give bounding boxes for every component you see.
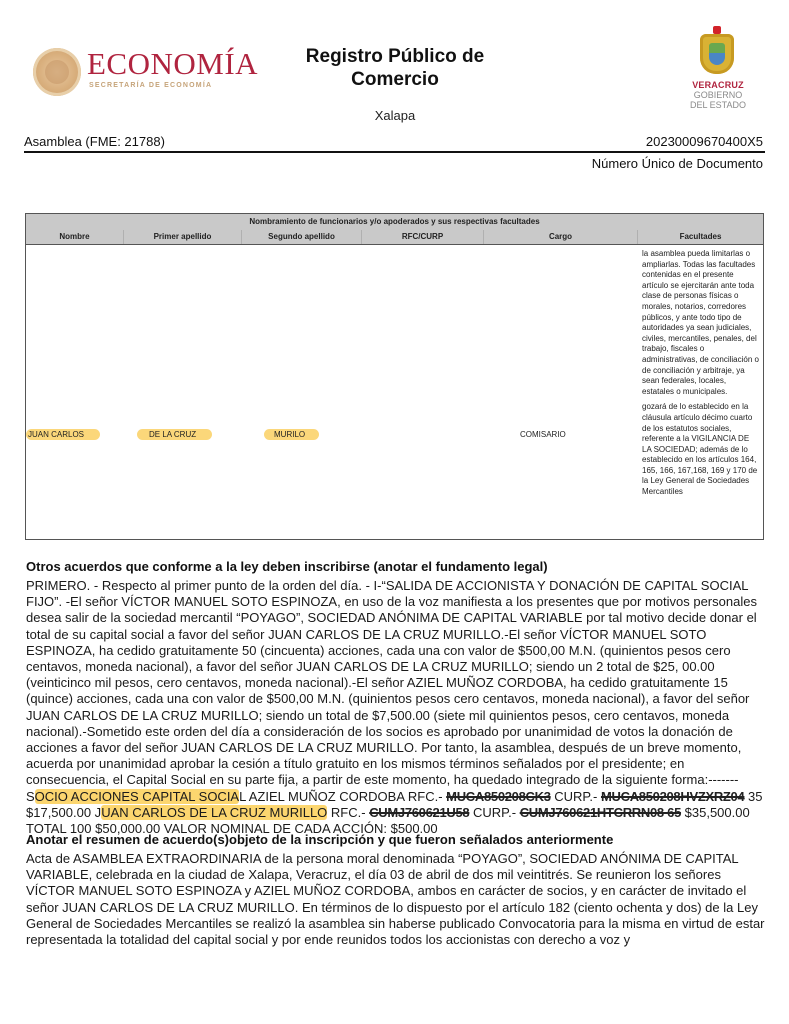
cell-primer-apellido: DE LA CRUZ (137, 429, 212, 440)
resumen-text: Acta de ASAMBLEA EXTRAORDINARIA de la pe… (26, 851, 766, 948)
veracruz-gob-line1: GOBIERNO (690, 90, 746, 100)
document-number: 20230009670400X5 (646, 134, 763, 149)
cell-cargo: COMISARIO (520, 430, 566, 439)
otros-acuerdos-heading: Otros acuerdos que conforme a la ley deb… (26, 559, 548, 574)
highlighted-name: UAN CARLOS DE LA CRUZ MURILLO (101, 805, 327, 820)
funcionarios-table: Nombramiento de funcionarios y/o apodera… (25, 213, 764, 540)
veracruz-shield-icon (700, 34, 734, 74)
veracruz-gob-line2: DEL ESTADO (690, 100, 746, 110)
table-header-row: Nombre Primer apellido Segundo apellido … (26, 230, 763, 245)
text-segment: CURP.- (469, 805, 519, 820)
column-header-nombre: Nombre (26, 230, 124, 244)
redacted-rfc: CUMJ760621U58 (369, 805, 469, 820)
document-title-line2: Comercio (270, 68, 520, 91)
resumen-body: Acta de ASAMBLEA EXTRAORDINARIA de la pe… (26, 851, 766, 948)
redacted-curp: MUCA850208HVZXRZ04 (601, 789, 744, 804)
resumen-heading: Anotar el resumen de acuerdo(s)objeto de… (26, 832, 613, 847)
economia-logo-title: ECONOMÍA (87, 48, 258, 79)
veracruz-logo-subtitle: GOBIERNO DEL ESTADO (690, 90, 746, 110)
text-segment: RFC.- (327, 805, 369, 820)
veracruz-logo-name: VERACRUZ (690, 80, 746, 90)
table-row: MURILO (264, 430, 319, 440)
table-caption: Nombramiento de funcionarios y/o apodera… (26, 214, 763, 231)
economia-logo-subtitle: SECRETARÍA DE ECONOMÍA (89, 82, 212, 89)
otros-acuerdos-text: PRIMERO. - Respecto al primer punto de l… (26, 578, 766, 837)
facultades-text-continued: la asamblea pueda limitarlas o ampliarla… (642, 249, 760, 397)
column-header-facultades: Facultades (638, 230, 763, 244)
redacted-rfc: MUCA850208CK3 (446, 789, 550, 804)
asamblea-label: Asamblea (FME: 21788) (24, 134, 165, 149)
document-title: Registro Público de Comercio (270, 45, 520, 91)
column-header-primer-apellido: Primer apellido (124, 230, 242, 244)
table-row: COMISARIO (520, 430, 566, 440)
cell-nombre: JUAN CARLOS (26, 429, 100, 440)
document-number-label: Número Único de Documento (592, 156, 763, 171)
city-label: Xalapa (270, 108, 520, 123)
text-segment: L AZIEL MUÑOZ CORDOBA RFC.- (239, 789, 446, 804)
redacted-curp: CUMJ760621HTCRRN08 65 (520, 805, 681, 820)
column-header-rfc-curp: RFC/CURP (362, 230, 484, 244)
document-title-line1: Registro Público de (270, 45, 520, 68)
table-row: DE LA CRUZ (137, 430, 212, 440)
highlighted-text: OCIO ACCIONES CAPITAL SOCIA (35, 789, 239, 804)
facultades-cell: la asamblea pueda limitarlas o ampliarla… (642, 249, 760, 503)
facultades-text-row: gozará de lo establecido en la cláusula … (642, 402, 760, 497)
column-header-segundo-apellido: Segundo apellido (242, 230, 362, 244)
column-header-cargo: Cargo (484, 230, 638, 244)
table-row: JUAN CARLOS (26, 430, 100, 440)
mexico-coat-of-arms-icon (33, 48, 81, 96)
text-segment: CURP.- (551, 789, 601, 804)
cell-segundo-apellido: MURILO (264, 429, 319, 440)
otros-acuerdos-main-text: PRIMERO. - Respecto al primer punto de l… (26, 578, 757, 804)
header-divider (24, 151, 765, 153)
